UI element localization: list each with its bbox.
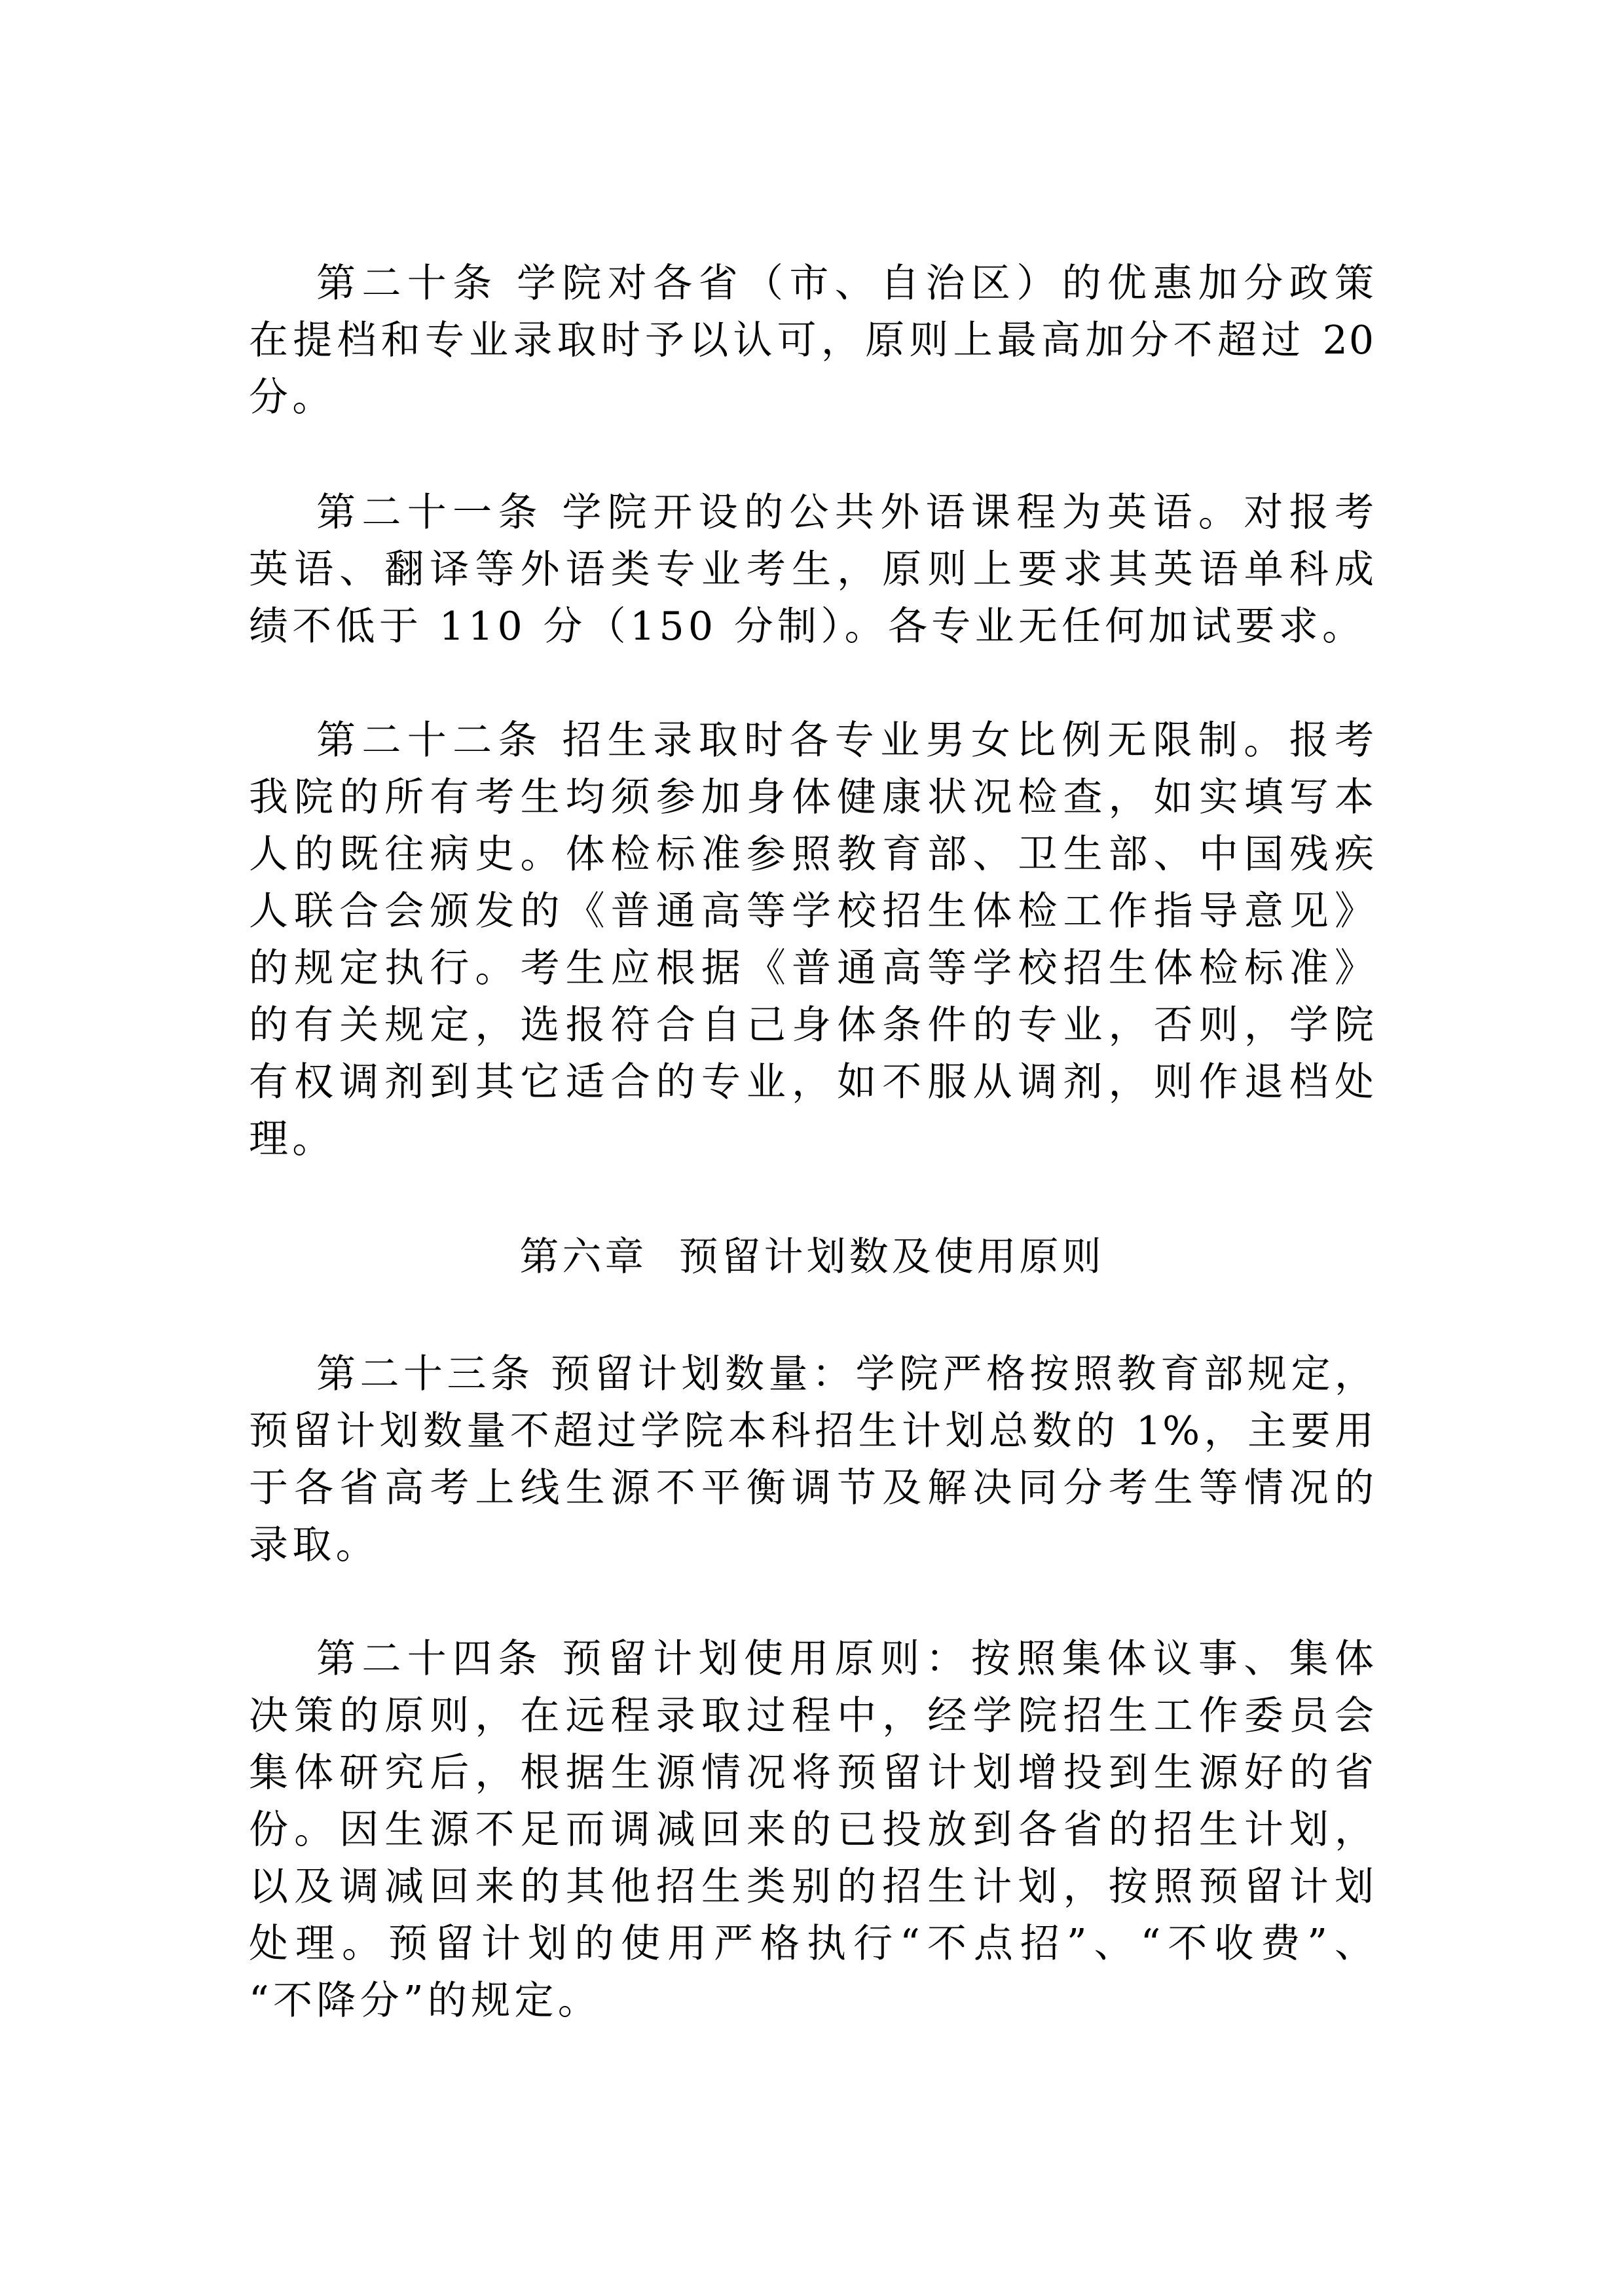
paragraph-line: 第二十一条 学院开设的公共外语课程为英语。对报考 xyxy=(316,484,1375,541)
paragraph-line: 预留计划数量不超过学院本科招生计划总数的 1%，主要用 xyxy=(249,1403,1375,1460)
document-page: 第二十条 学院对各省（市、自治区）的优惠加分政策 在提档和专业录取时予以认可，原… xyxy=(0,0,1624,2296)
paragraph-line: 英语、翻译等外语类专业考生，原则上要求其英语单科成 xyxy=(249,541,1375,598)
paragraph-line: 人联合会颁发的《普通高等学校招生体检工作指导意见》 xyxy=(249,883,1375,940)
paragraph-line: 我院的所有考生均须参加身体健康状况检查，如实填写本 xyxy=(249,769,1375,826)
paragraph-line: “不降分”的规定。 xyxy=(249,1973,1375,2030)
paragraph-line: 份。因生源不足而调减回来的已投放到各省的招生计划， xyxy=(249,1802,1375,1859)
paragraph-line: 录取。 xyxy=(249,1517,1375,1574)
paragraph-line: 第二十条 学院对各省（市、自治区）的优惠加分政策 xyxy=(316,255,1375,312)
paragraph-line: 第二十三条 预留计划数量：学院严格按照教育部规定， xyxy=(316,1346,1375,1403)
paragraph-line: 第二十二条 招生录取时各专业男女比例无限制。报考 xyxy=(316,712,1375,769)
paragraph-line: 于各省高考上线生源不平衡调节及解决同分考生等情况的 xyxy=(249,1460,1375,1517)
paragraph-line: 的规定执行。考生应根据《普通高等学校招生体检标准》 xyxy=(249,940,1375,997)
chapter-heading: 第六章 预留计划数及使用原则 xyxy=(0,1229,1624,1286)
paragraph-line: 有权调剂到其它适合的专业，如不服从调剂，则作退档处 xyxy=(249,1054,1375,1111)
paragraph-line: 分。 xyxy=(249,369,1375,426)
paragraph-line: 在提档和专业录取时予以认可，原则上最高加分不超过 20 xyxy=(249,312,1375,369)
paragraph-line: 第二十四条 预留计划使用原则：按照集体议事、集体 xyxy=(316,1631,1375,1688)
paragraph-line: 决策的原则，在远程录取过程中，经学院招生工作委员会 xyxy=(249,1688,1375,1745)
paragraph-line: 人的既往病史。体检标准参照教育部、卫生部、中国残疾 xyxy=(249,826,1375,883)
paragraph-line: 以及调减回来的其他招生类别的招生计划，按照预留计划 xyxy=(249,1859,1375,1916)
paragraph-line: 理。 xyxy=(249,1111,1375,1168)
paragraph-line: 的有关规定，选报符合自己身体条件的专业，否则，学院 xyxy=(249,997,1375,1054)
paragraph-line: 绩不低于 110 分（150 分制）。各专业无任何加试要求。 xyxy=(249,598,1375,655)
paragraph-line: 处理。预留计划的使用严格执行“不点招”、“不收费”、 xyxy=(249,1916,1375,1973)
paragraph-line: 集体研究后，根据生源情况将预留计划增投到生源好的省 xyxy=(249,1745,1375,1802)
